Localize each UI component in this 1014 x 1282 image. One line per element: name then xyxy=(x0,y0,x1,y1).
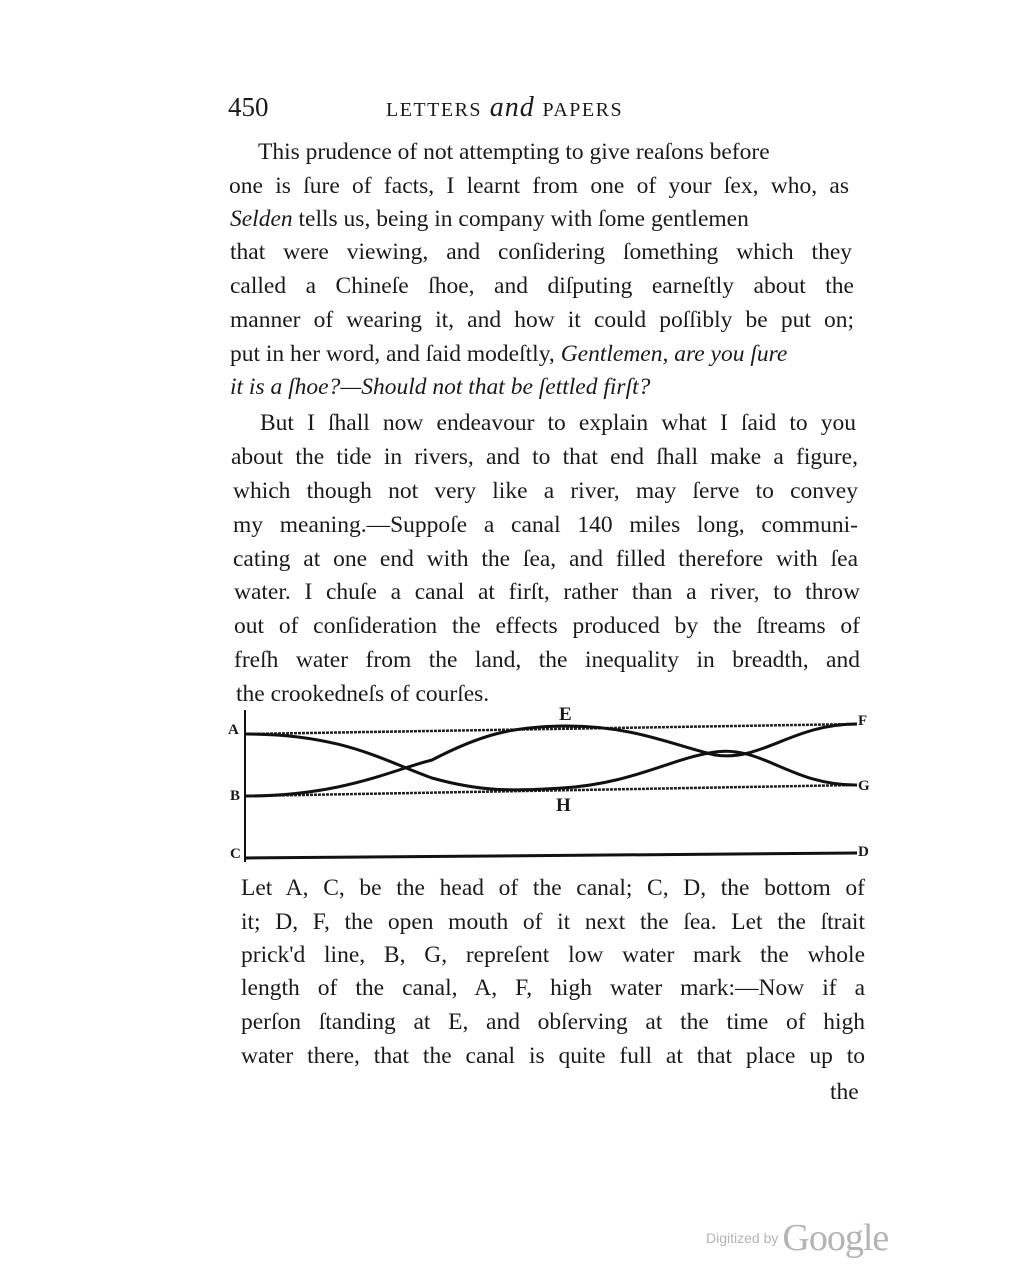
label-h: H xyxy=(556,795,571,817)
diagram-lines xyxy=(222,700,888,870)
text-line: it is a ſhoe?—Should not that be ſettled… xyxy=(230,372,650,402)
running-title: Letters and Papers xyxy=(386,92,623,124)
text-fragment: put in her word, and ſaid modeſtly, xyxy=(230,341,555,367)
italic-selden: Selden xyxy=(230,206,293,232)
text-line: perſon ſtanding at E, and obſerving at t… xyxy=(241,1007,865,1037)
text-line: out of conſideration the effects produce… xyxy=(234,611,860,641)
label-d: D xyxy=(858,844,869,861)
text-line: This prudence of not attempting to give … xyxy=(258,137,854,167)
page-number: 450 xyxy=(228,92,269,123)
label-g: G xyxy=(858,778,870,795)
title-letters: Letters xyxy=(386,99,482,121)
label-a: A xyxy=(228,722,239,739)
digitized-watermark: Digitized by Google xyxy=(706,1216,888,1260)
text-line: my meaning.—Suppoſe a canal 140 miles lo… xyxy=(233,510,858,540)
text-line: But I ſhall now endeavour to explain wha… xyxy=(260,408,856,438)
title-papers: Papers xyxy=(543,99,624,121)
label-f: F xyxy=(858,713,867,730)
text-line: Let A, C, be the head of the canal; C, D… xyxy=(241,873,865,903)
text-line: it; D, F, the open mouth of it next the … xyxy=(241,907,865,937)
text-line: one is ſure of facts, I learnt from one … xyxy=(229,171,849,201)
text-line: prick'd line, B, G, repreſent low water … xyxy=(241,940,865,970)
text-line: water there, that the canal is quite ful… xyxy=(241,1041,865,1071)
italic-question: it is a ſhoe?—Should not that be ſettled… xyxy=(230,374,650,400)
text-line: about the tide in rivers, and to that en… xyxy=(231,442,858,472)
text-fragment: tells us, being in company with ſome gen… xyxy=(299,206,749,232)
label-e: E xyxy=(559,704,572,726)
catchword: the xyxy=(830,1077,859,1107)
text-line: that were viewing, and conſidering ſomet… xyxy=(230,237,852,267)
text-line: water. I chuſe a canal at firſt, rather … xyxy=(234,577,860,607)
text-line: called a Chineſe ſhoe, and diſputing ear… xyxy=(230,271,854,301)
text-line: which though not very like a river, may … xyxy=(233,476,858,506)
label-c: C xyxy=(230,846,241,863)
canal-tide-diagram: A B C D E F G H xyxy=(222,700,888,870)
text-line: Selden tells us, being in company with ſ… xyxy=(230,204,854,234)
text-line: put in her word, and ſaid modeſtly, Gent… xyxy=(230,339,854,369)
watermark-prefix: Digitized by xyxy=(706,1230,778,1246)
text-line: length of the canal, A, F, high water ma… xyxy=(241,973,865,1003)
title-and: and xyxy=(490,92,535,123)
text-line: cating at one end with the ſea, and fill… xyxy=(233,544,858,574)
text-line: manner of wearing it, and how it could p… xyxy=(230,305,854,335)
label-b: B xyxy=(230,788,240,805)
italic-gentlemen: Gentlemen, are you ſure xyxy=(561,341,788,367)
running-header: 450 Letters and Papers xyxy=(228,92,868,132)
text-line: freſh water from the land, the inequalit… xyxy=(234,645,860,675)
google-logo: Google xyxy=(782,1217,888,1259)
